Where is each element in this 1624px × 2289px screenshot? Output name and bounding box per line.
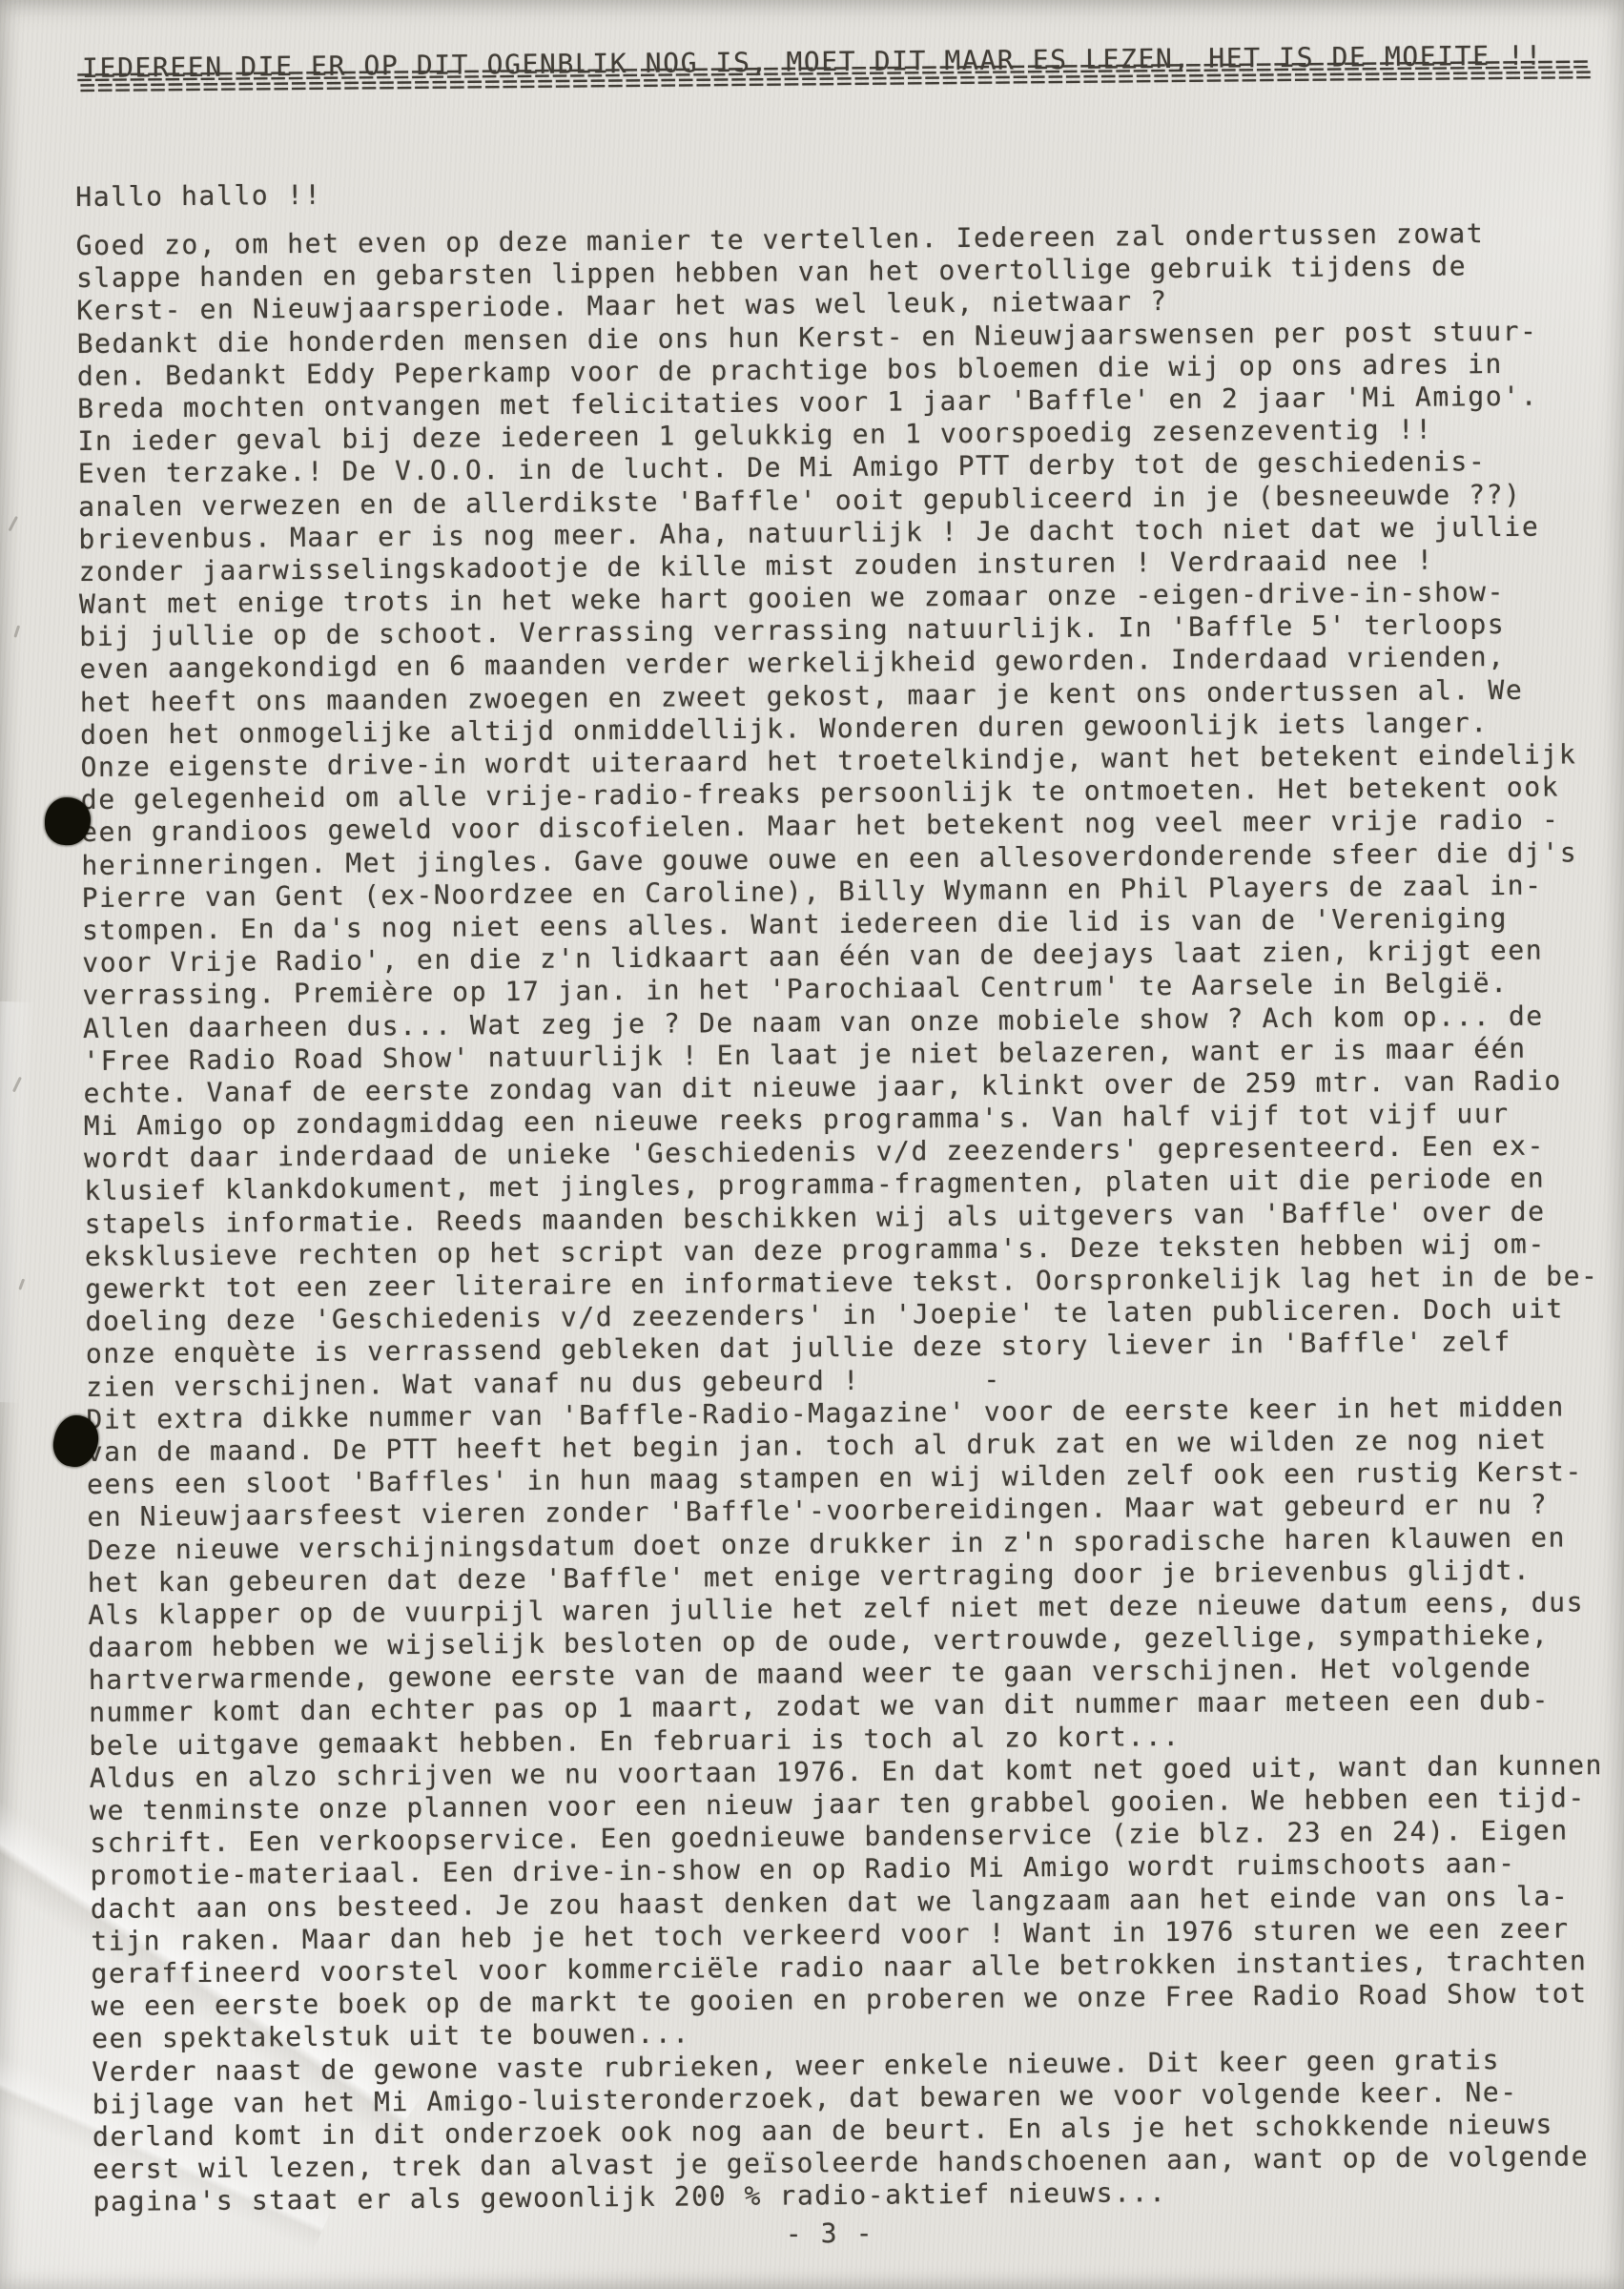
- greeting: Hallo hallo !!: [75, 179, 322, 214]
- scanned-page: IEDEREEN DIE ER OP DIT OGENBLIK NOG IS, …: [0, 0, 1624, 2289]
- pen-mark: [9, 516, 19, 531]
- pen-mark: [12, 1077, 22, 1093]
- typewritten-content: IEDEREEN DIE ER OP DIT OGENBLIK NOG IS, …: [0, 0, 1624, 2289]
- body-text: Goed zo, om het even op deze manier te v…: [76, 217, 1607, 2218]
- page-number: - 3 -: [95, 2211, 1564, 2256]
- pen-mark: [13, 625, 20, 637]
- pen-mark: [18, 1278, 25, 1289]
